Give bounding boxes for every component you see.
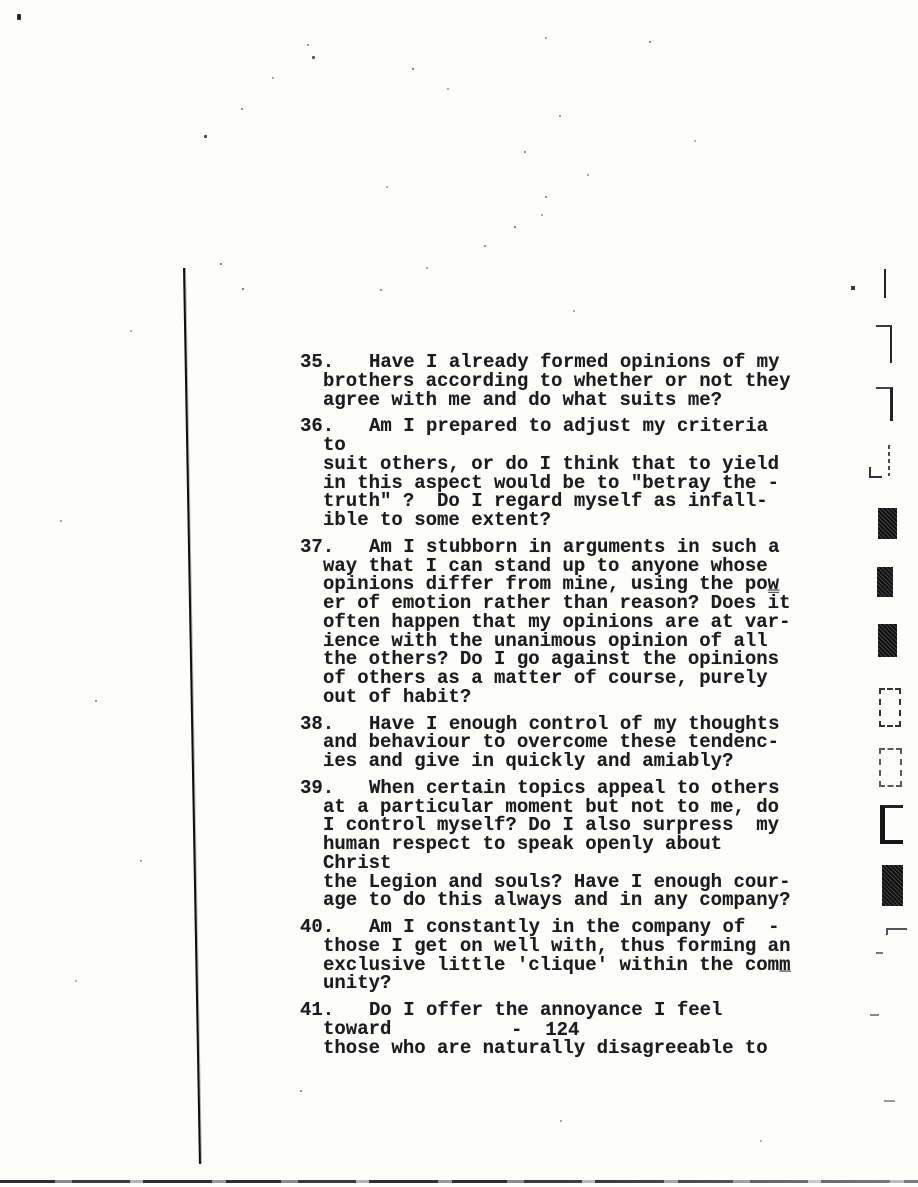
- binding-mark-box: [879, 748, 902, 787]
- question-item: 37. Am I stubborn in arguments in such a…: [300, 538, 800, 707]
- question-text: Am I constantly in the company of - thos…: [323, 918, 800, 993]
- scan-speck: [17, 14, 21, 20]
- scan-speck: [241, 108, 243, 110]
- question-item: 35. Have I already formed opinions of my…: [300, 353, 800, 409]
- scan-speck: [130, 330, 132, 332]
- scan-speck: [380, 289, 382, 291]
- binding-mark-blob: [878, 508, 897, 539]
- question-item: 40. Am I constantly in the company of - …: [300, 918, 800, 993]
- question-text: When certain topics appeal to others at …: [323, 779, 800, 910]
- binding-mark-dot: [851, 286, 855, 290]
- questions-list: 35. Have I already formed opinions of my…: [300, 353, 800, 1065]
- question-text: Am I prepared to adjust my criteria to s…: [323, 417, 800, 530]
- scan-speck: [573, 310, 575, 312]
- scan-speck: [95, 700, 97, 702]
- binding-mark-box: [879, 688, 901, 727]
- scan-speck: [300, 1090, 302, 1092]
- question-number: 39.: [300, 779, 334, 798]
- scan-speck: [694, 140, 696, 142]
- binding-mark-bracket: [869, 467, 882, 478]
- scan-speck: [75, 980, 77, 982]
- question-text: Have I enough control of my thoughts and…: [323, 715, 800, 771]
- scan-speck: [272, 77, 274, 79]
- scan-speck: [484, 245, 486, 247]
- question-text: Have I already formed opinions of my bro…: [323, 353, 800, 409]
- binding-mark-dash: [884, 1100, 895, 1102]
- scan-speck: [760, 1140, 762, 1142]
- binding-mark-dash: [870, 1014, 879, 1016]
- question-number: 37.: [300, 538, 334, 557]
- binding-mark-corner-small: [886, 928, 907, 935]
- scan-speck: [386, 186, 388, 188]
- binding-mark-blob: [882, 865, 903, 906]
- page-left-edge-line: [183, 268, 201, 1164]
- binding-mark-dash: [876, 952, 883, 954]
- question-number: 40.: [300, 918, 334, 937]
- scan-speck: [412, 68, 414, 70]
- question-item: 36. Am I prepared to adjust my criteria …: [300, 417, 800, 530]
- page-bottom-edge-line: [0, 1180, 918, 1183]
- scanned-page: 35. Have I already formed opinions of my…: [0, 0, 918, 1187]
- page-number: - 124: [511, 1019, 579, 1041]
- scan-speck: [60, 520, 62, 522]
- scan-speck: [242, 288, 244, 290]
- binding-mark-bracket-thick: [880, 805, 903, 844]
- question-item: 38. Have I enough control of my thoughts…: [300, 715, 800, 771]
- scan-speck: [447, 88, 449, 90]
- binding-mark-blob: [878, 624, 897, 657]
- binding-mark-corner: [876, 325, 892, 363]
- binding-mark-line: [884, 269, 886, 298]
- scan-speck: [541, 214, 543, 216]
- binding-mark-corner: [876, 387, 893, 421]
- scan-speck: [220, 263, 222, 265]
- question-number: 41.: [300, 1001, 334, 1020]
- scan-speck: [587, 174, 589, 176]
- question-number: 36.: [300, 417, 334, 436]
- scan-speck: [426, 267, 428, 269]
- question-number: 35.: [300, 353, 334, 372]
- scan-speck: [140, 860, 142, 862]
- scan-speck: [545, 196, 547, 198]
- binding-mark-blob: [877, 567, 893, 597]
- question-text: Am I stubborn in arguments in such a way…: [323, 538, 800, 707]
- scan-speck: [559, 115, 561, 117]
- scan-speck: [649, 41, 651, 43]
- scan-speck: [545, 37, 547, 39]
- scan-speck: [514, 226, 516, 228]
- scan-speck: [560, 1120, 562, 1122]
- question-item: 39. When certain topics appeal to others…: [300, 779, 800, 910]
- scan-speck: [312, 56, 315, 59]
- binding-mark-bracket: [888, 445, 890, 476]
- scan-speck: [204, 135, 207, 138]
- scan-speck: [307, 44, 309, 46]
- scan-speck: [524, 151, 526, 153]
- question-number: 38.: [300, 715, 334, 734]
